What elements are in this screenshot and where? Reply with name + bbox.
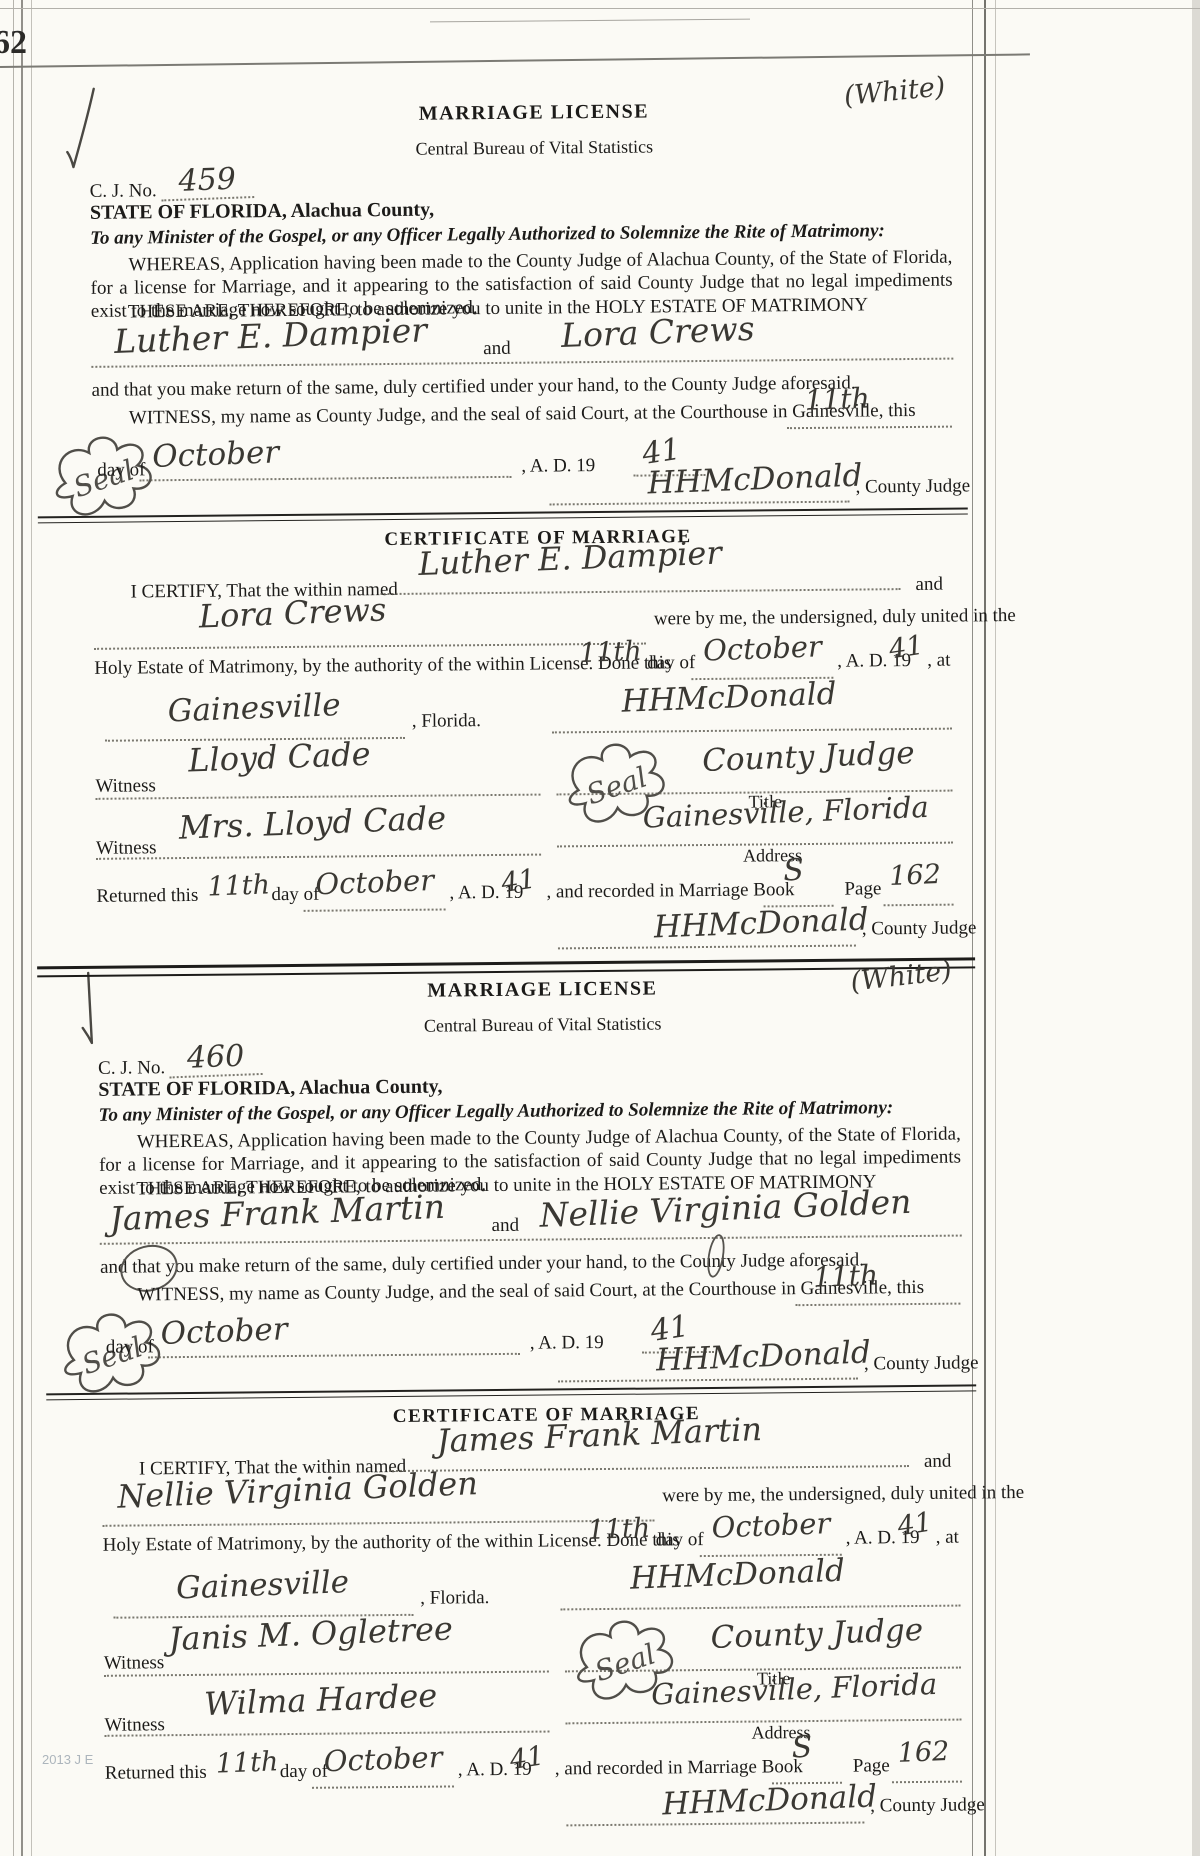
bureau-subtitle: Central Bureau of Vital Statistics (3, 1009, 1083, 1040)
book-page-rule (884, 902, 954, 907)
addressee-line: To any Minister of the Gospel, or any Of… (98, 1097, 893, 1127)
county-judge-label: , County Judge (870, 1794, 985, 1817)
done-day: 11th (579, 636, 643, 669)
cert-groom-rule (381, 586, 901, 595)
day-of-label: day of (106, 1336, 154, 1358)
returned-judge-signature: HHMcDonald (662, 1778, 878, 1822)
names-rule (100, 1233, 962, 1245)
section-divider (38, 507, 968, 523)
names-rule (91, 356, 953, 368)
ad-label: , A. D. 19 (530, 1332, 604, 1355)
marriage-record: (White) MARRIAGE LICENSE Central Bureau … (2, 957, 1110, 1848)
marriage-book: S (791, 1730, 813, 1766)
county-judge-label: , County Judge (855, 475, 970, 498)
witness-day: 11th (813, 1258, 879, 1293)
judge-title-handwritten: County Judge (710, 1612, 924, 1656)
returned-signature-rule (566, 1820, 864, 1827)
judge-title-handwritten: County Judge (702, 735, 916, 779)
svg-text:Seal: Seal (582, 760, 651, 811)
license-title: MARRIAGE LICENSE (2, 973, 1082, 1006)
returned-month: October (323, 1740, 443, 1778)
witness-2-name: Mrs. Lloyd Cade (178, 799, 447, 847)
cj-number: 459 (160, 161, 255, 201)
returned-year: 41 (499, 863, 538, 899)
place-name: Gainesville (175, 1564, 349, 1606)
page-label: Page (853, 1755, 890, 1777)
united-clause: were by me, the undersigned, duly united… (662, 1482, 1024, 1507)
bureau-subtitle: Central Bureau of Vital Statistics (0, 132, 1074, 163)
returned-day: 11th (207, 869, 271, 902)
at-label: , at (936, 1527, 959, 1549)
done-year: 41 (887, 630, 926, 666)
cert-bride-name: Lora Crews (198, 590, 387, 635)
license-title: MARRIAGE LICENSE (0, 96, 1074, 129)
witness-2-rule (104, 1729, 549, 1737)
judge-signature: HHMcDonald (647, 457, 863, 501)
day-of-label: day of (656, 1529, 704, 1551)
svg-text:Seal: Seal (591, 1637, 660, 1688)
florida-label: , Florida. (420, 1587, 489, 1610)
county-judge-label: , County Judge (862, 917, 977, 940)
and-label: and (915, 574, 943, 596)
pen-scribble-icon (705, 1233, 727, 1279)
returned-judge-signature: HHMcDonald (653, 901, 869, 945)
cert-signature-rule (552, 726, 952, 734)
bride-name: Lora Crews (560, 309, 755, 355)
day-of-label: day of (280, 1761, 328, 1783)
returned-month-rule (312, 1783, 454, 1788)
state-county-line: STATE OF FLORIDA, Alachua County, (98, 1076, 442, 1102)
book-page-rule (892, 1779, 962, 1784)
and-label: and (483, 338, 511, 360)
cert-bride-rule (102, 1518, 654, 1527)
book-page: 162 (889, 859, 942, 892)
signature-rule (550, 499, 850, 506)
witness-1-rule (95, 792, 540, 800)
license-month: October (160, 1311, 288, 1352)
marriage-book: S (783, 853, 805, 889)
signature-rule (558, 1376, 858, 1383)
returned-year: 41 (508, 1740, 547, 1776)
at-label: , at (927, 650, 950, 672)
cj-number: 460 (168, 1038, 263, 1078)
and-label: and (492, 1215, 520, 1237)
marriage-record: (White) MARRIAGE LICENSE Central Bureau … (0, 80, 1102, 976)
place-name: Gainesville (167, 687, 341, 729)
book-page: 162 (897, 1736, 950, 1769)
cj-number-label: C. J. No. (90, 180, 157, 202)
section-divider (46, 1384, 976, 1400)
witness-2-rule (96, 852, 541, 860)
scanned-document-page: 62 2013 J E (White) MARRIAGE LICENSE Cen… (0, 0, 1200, 1856)
recorded-clause: , and recorded in Marriage Book (555, 1756, 803, 1780)
addressee-line: To any Minister of the Gospel, or any Of… (90, 220, 885, 250)
returned-signature-rule (558, 943, 856, 950)
cert-judge-signature: HHMcDonald (629, 1553, 845, 1597)
done-month: October (711, 1506, 831, 1544)
returned-label: Returned this (105, 1762, 207, 1785)
cert-signature-rule (560, 1603, 960, 1611)
done-month: October (703, 629, 823, 667)
month-rule (139, 474, 511, 482)
florida-label: , Florida. (412, 710, 481, 733)
united-clause: were by me, the undersigned, duly united… (654, 605, 1016, 630)
done-day: 11th (587, 1513, 651, 1546)
returned-month-rule (304, 906, 446, 911)
return-clause: and that you make return of the same, du… (100, 1249, 864, 1278)
returned-label: Returned this (96, 885, 198, 908)
page-label: Page (844, 878, 881, 900)
returned-month: October (315, 863, 435, 901)
cert-judge-signature: HHMcDonald (621, 676, 837, 720)
cert-bride-rule (94, 641, 646, 650)
ad-label: , A. D. 19 (521, 455, 595, 478)
witness-1-name: Lloyd Cade (187, 735, 371, 780)
return-clause: and that you make return of the same, du… (91, 373, 855, 402)
cj-number-label: C. J. No. (98, 1057, 165, 1079)
witness-1-rule (104, 1669, 549, 1677)
month-rule (148, 1351, 520, 1359)
day-of-label: day of (97, 459, 145, 481)
state-county-line: STATE OF FLORIDA, Alachua County, (90, 199, 434, 225)
day-of-label: day of (271, 884, 319, 906)
day-rule (787, 424, 952, 430)
witness-2-name: Wilma Hardee (204, 1676, 438, 1723)
day-of-label: day of (647, 652, 695, 674)
witness-day: 11th (804, 382, 870, 417)
done-year: 41 (895, 1507, 934, 1543)
day-rule (795, 1301, 960, 1307)
returned-day: 11th (215, 1746, 279, 1779)
page-content: (White) MARRIAGE LICENSE Central Bureau … (0, 0, 1200, 1856)
recorded-clause: , and recorded in Marriage Book (546, 879, 794, 903)
license-month: October (152, 434, 280, 475)
county-judge-label: , County Judge (864, 1352, 979, 1375)
and-label: and (924, 1451, 952, 1473)
judge-signature: HHMcDonald (655, 1334, 871, 1378)
